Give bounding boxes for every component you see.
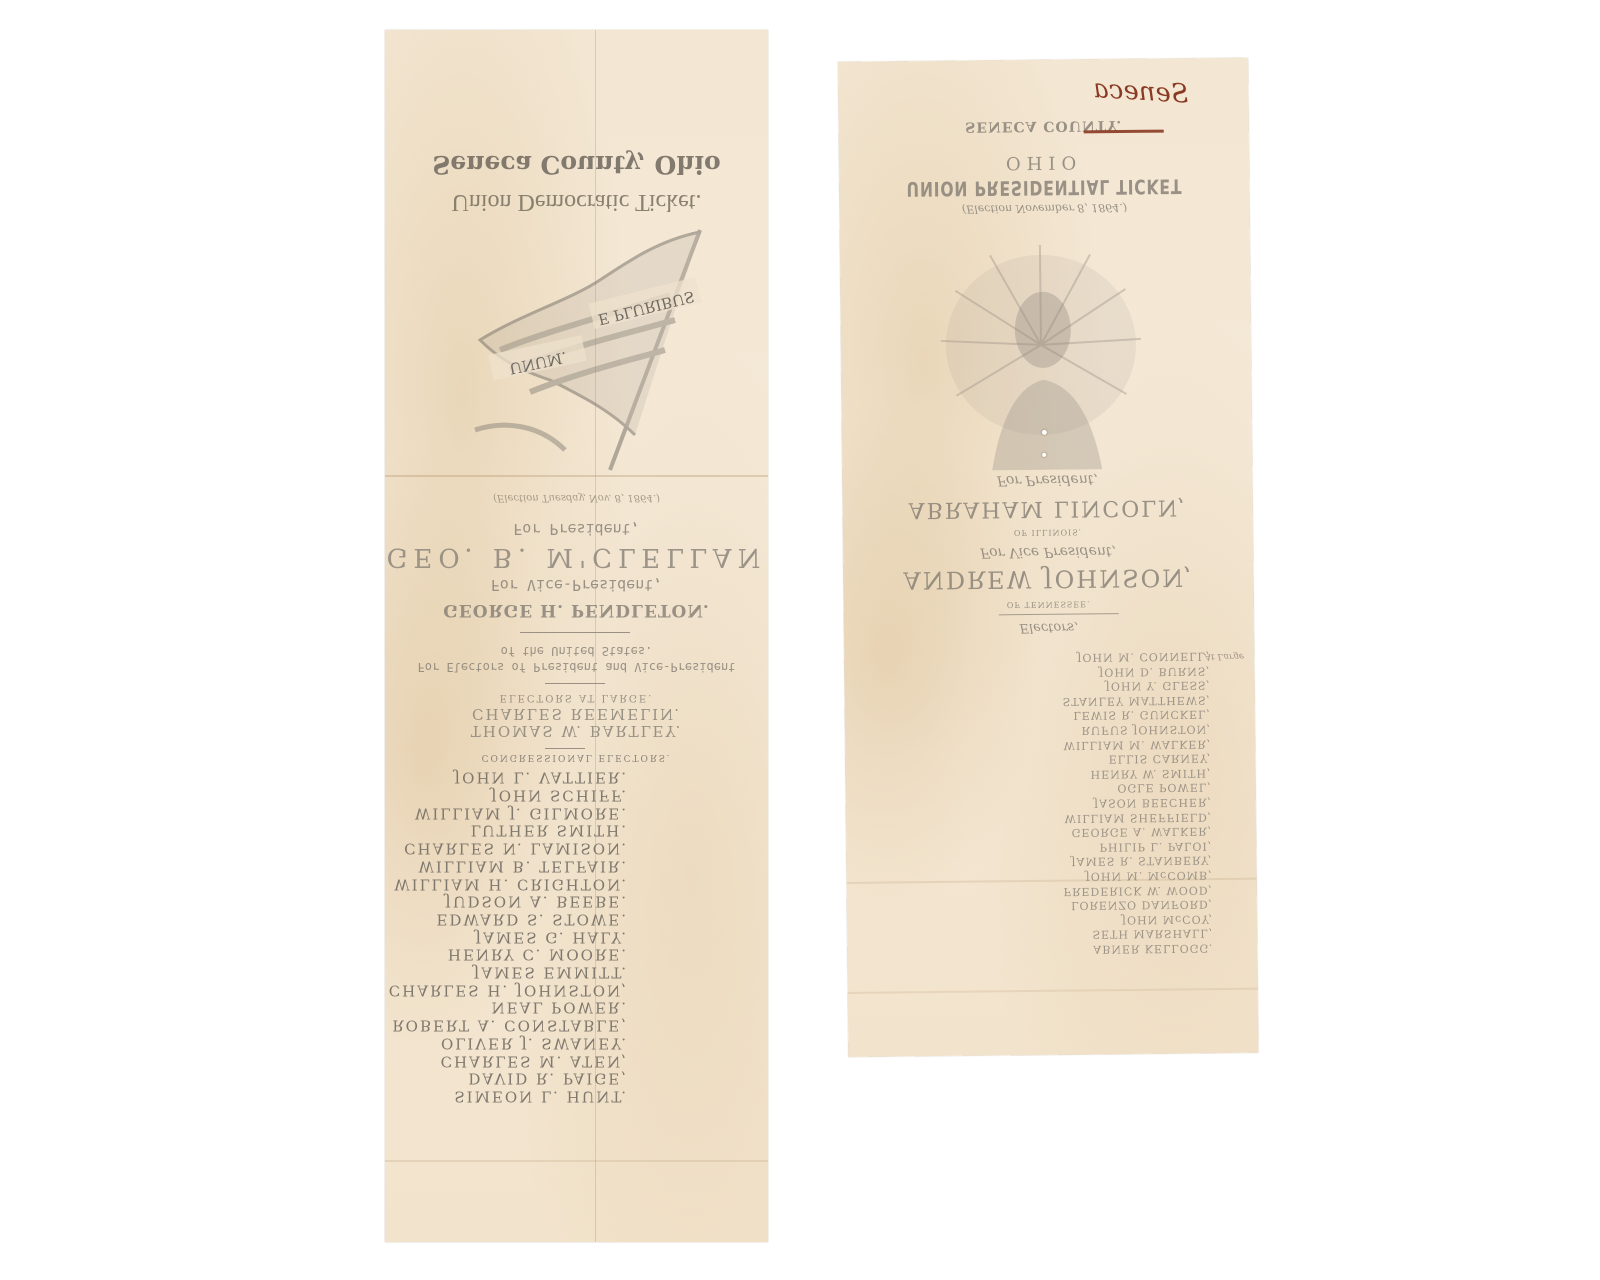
electors-at-large-list: CHARLES REEMELIN. THOMAS W. BARTLEY. xyxy=(385,705,768,739)
flag-emblem-icon: E PLURIBUS UNUM. xyxy=(460,220,730,475)
ink-strikethrough xyxy=(1084,130,1164,134)
fold-crease xyxy=(848,988,1258,994)
electors-list: ABNER KELLOGG.SETH MARSHALL,JOHN McCOY,L… xyxy=(1061,648,1213,956)
county-heading: Seneca County, Ohio xyxy=(385,150,768,179)
elector-name: DAVID R. PAIGE, xyxy=(389,1069,628,1087)
electors-heading: Electors, xyxy=(844,618,1254,637)
elector-name: JOHN D. BURNS, xyxy=(1061,663,1210,679)
elector-name: JOHN L. VATTIER. xyxy=(389,768,628,786)
election-date: (Election November 8, 1864.) xyxy=(839,200,1249,217)
elector-name: WILLIAM H. CRIGHTON. xyxy=(389,874,628,892)
elector-name: JAMES EMMITT. xyxy=(389,963,628,981)
elector-name: OLIVER J. SWANEY. xyxy=(389,1034,628,1052)
at-large-note: At Large xyxy=(1205,651,1245,661)
elector-name: HENRY C. MOORE. xyxy=(389,945,628,963)
elector-name: JOHN M. CONNELL, xyxy=(1061,648,1210,664)
fold-crease xyxy=(385,1160,768,1162)
president-candidate: GEO. B. M'CLELLAN xyxy=(385,542,768,572)
election-date-line: (Election Tuesday, Nov. 8, 1864.) xyxy=(385,492,768,503)
elector-name: STANLEY MATTHEWS, xyxy=(1061,692,1210,708)
portrait-emblem-icon xyxy=(930,234,1152,471)
president-candidate: ABRAHAM LINCOLN, xyxy=(843,494,1253,523)
for-president-label: For President, xyxy=(385,520,768,538)
electors-heading: For Electors of President and Vice-Presi… xyxy=(385,643,768,675)
elector-name: JOHN M. McCOMB, xyxy=(1063,867,1212,883)
elector-name: NEAL POWER. xyxy=(389,998,628,1016)
divider xyxy=(545,748,585,749)
elector-name: ABNER KELLOGG. xyxy=(1064,940,1213,956)
for-vice-president-label: For Vice President, xyxy=(843,542,1253,562)
handwritten-note: Seneca xyxy=(1092,74,1189,110)
pin-hole xyxy=(1042,453,1046,457)
elector-name: OGLE POWEL, xyxy=(1062,779,1211,795)
elector-name: WILLIAM M. WALKER, xyxy=(1062,736,1211,752)
ticket-name: Union Democratic Ticket. xyxy=(385,188,768,215)
for-president-label: For President, xyxy=(842,470,1252,490)
state-heading: OHIO xyxy=(839,150,1249,175)
union-ballot-ticket: Seneca SENECA COUNTY. OHIO UNION PRESIDE… xyxy=(838,58,1258,1057)
elector-name: SETH MARSHALL, xyxy=(1064,925,1213,941)
county-heading: SENECA COUNTY. xyxy=(839,116,1249,136)
vice-president-candidate: ANDREW JOHNSON, xyxy=(843,563,1253,595)
for-vice-president-label: For Vice-President, xyxy=(385,576,768,594)
elector-name: LUTHER SMITH. xyxy=(389,821,628,839)
divider xyxy=(545,683,605,684)
elector-name: JOHN SCHIFF. xyxy=(389,786,628,804)
elector-name: JUDSON A. BEEBE. xyxy=(389,892,628,910)
elector-name: JAMES R. STANBERY, xyxy=(1063,852,1212,868)
congressional-electors-list: SIMEON L. HUNT.DAVID R. PAIGE,CHARLES M.… xyxy=(389,768,628,1104)
elector-name: CHARLES N. LAMISON. xyxy=(389,839,628,857)
elector-name: ELLIS CARNEY, xyxy=(1062,750,1211,766)
elector-name: JOHN Y. GLESS, xyxy=(1061,677,1210,693)
elector-name: WILLIAM J. GILMORE. xyxy=(389,803,628,821)
elector-name: LORENZO DANFORD, xyxy=(1064,896,1213,912)
elector-name: JASON BEECHER, xyxy=(1062,794,1211,810)
elector-name: LEWIS R. GUNCKEL, xyxy=(1062,707,1211,723)
congressional-electors-heading: CONGRESSIONAL ELECTORS. xyxy=(385,752,768,762)
president-state: OF ILLINOIS. xyxy=(843,526,1253,539)
elector-name: CHARLES H. JOHNSTON, xyxy=(389,980,628,998)
vice-president-candidate: GEORGE H. PENDLETON. xyxy=(385,600,768,620)
elector-name: CHARLES M. ATEN, xyxy=(389,1051,628,1069)
divider xyxy=(999,613,1119,615)
elector-name: ROBERT A. CONSTABLE, xyxy=(389,1016,628,1034)
democratic-ballot-ticket: Seneca County, Ohio Union Democratic Tic… xyxy=(385,30,768,1242)
elector-name: GEORGE A. WALKER, xyxy=(1063,823,1212,839)
pin-hole xyxy=(1042,430,1047,435)
elector-name: WILLIAM B. TELFAIR. xyxy=(389,857,628,875)
divider xyxy=(520,632,630,633)
elector-name: EDWARD S. STOWE. xyxy=(389,910,628,928)
fold-crease xyxy=(385,475,768,477)
vice-president-state: OF TENNESSEE. xyxy=(844,598,1254,611)
elector-name: THOMAS W. BARTLEY. xyxy=(385,722,768,739)
elector-name: SIMEON L. HUNT. xyxy=(389,1087,628,1105)
elector-name: WILLIAM SHEFFIELD, xyxy=(1063,809,1212,825)
ticket-name: UNION PRESIDENTIAL TICKET xyxy=(884,174,1204,201)
elector-name: JOHN McCOY, xyxy=(1064,911,1213,927)
elector-name: PHILIP L. PALOI, xyxy=(1063,838,1212,854)
elector-name: CHARLES REEMELIN. xyxy=(385,705,768,722)
elector-name: FREDERICK W. WOOD, xyxy=(1063,882,1212,898)
elector-name: RUFUS JOHNSTON, xyxy=(1062,721,1211,737)
elector-name: JAMES G. HALY. xyxy=(389,927,628,945)
elector-name: HENRY W. SMITH, xyxy=(1062,765,1211,781)
electors-at-large-heading: ELECTORS AT LARGE. xyxy=(385,692,768,703)
